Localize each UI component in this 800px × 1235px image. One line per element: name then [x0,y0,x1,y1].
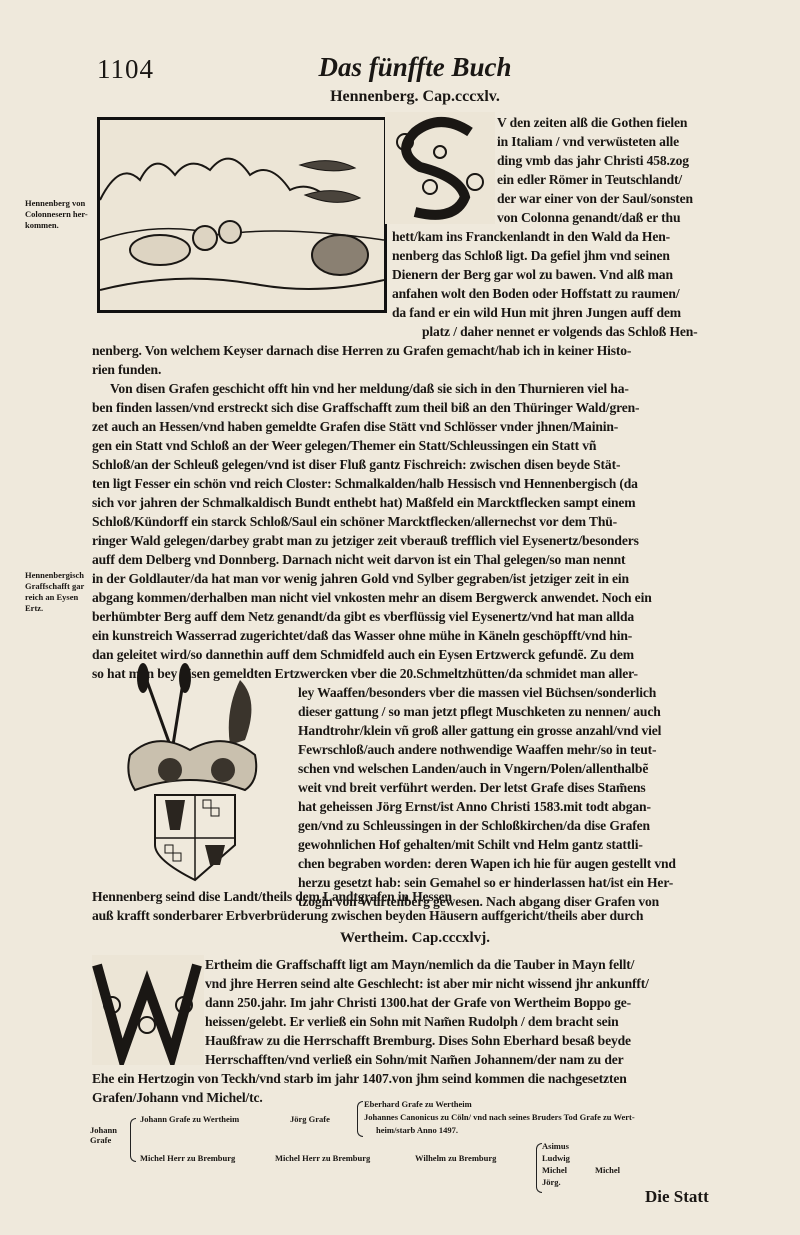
text-line: Hennenberg seind dise Landt/theils dem L… [92,887,452,906]
catchword: Die Statt [645,1187,709,1207]
text-line: ringer Wald gelegen/darbey grabt man zu … [92,531,639,550]
brace-icon [130,1118,136,1162]
text-line: vnd jhre Herren seind alte Geschlecht: i… [205,974,649,993]
text-line: gen ein Statt vnd Schloß an der Weer gel… [92,436,596,455]
text-line: dann 250.jahr. Im jahr Christi 1300.hat … [205,993,631,1012]
chapter-title-hennenberg: Hennenberg. Cap.cccxlv. [300,88,530,106]
dogs-and-birds-icon [100,120,384,310]
genealogy-grandson: Michel [595,1165,620,1175]
decorated-initial-letter-w [92,955,204,1065]
margin-note-iron-ore: Hennenbergisch Graffschafft gar reich an… [25,570,93,614]
coat-of-arms-hennenberg [125,660,260,885]
text-line: V den zeiten alß die Gothen fielen [497,113,687,132]
text-line: gewohnlichen Hof gehalten/mit Schilt vnd… [298,835,643,854]
text-line: in der Goldlauter/da hat man vor wenig j… [92,569,629,588]
woodcut-illustration-hunting-scene [97,117,387,313]
text-line: Schloß/Kündorff ein starck Schloß/Saul e… [92,512,617,531]
text-line: platz / daher nennet er volgends das Sch… [422,322,698,341]
text-line: auß krafft sonderbarer Erbverbrüderung z… [92,906,643,925]
book-page: 1104 Das fünffte Buch Hennenberg. Cap.cc… [0,0,800,1235]
text-line: ten ligt Fesser ein schön vnd reich Clos… [92,474,638,493]
text-line: sich vor jahren der Schmalkaldisch Bundt… [92,493,635,512]
text-line: berhümbter Berg auff dem Netz genandt/da… [92,607,634,626]
genealogy-child: Johann Grafe zu Wertheim [140,1114,239,1124]
book-title: Das fünffte Buch [300,52,530,83]
text-line: ein edler Römer in Teutschlandt/ [497,170,682,189]
text-line: rien funden. [92,360,161,379]
text-line: da fand er ein wild Hun mit jhren Jungen… [392,303,681,322]
text-line: Handtrohr/klein vñ groß aller gattung ei… [298,721,661,740]
brace-icon [357,1101,363,1137]
text-line: abgang kommen/derhalben man nicht viel v… [92,588,652,607]
text-line: Dienern der Berg gar wol zu bawen. Vnd a… [392,265,673,284]
text-line: hett/kam ins Franckenlandt in den Wald d… [392,227,670,246]
margin-note-origin: Hennenberg von Colonnesern her- kommen. [25,198,95,231]
text-line: nenberg das Schloß ligt. Da gefiel jhm v… [392,246,670,265]
text-line: weit vnd breit verführt werden. Der lets… [298,778,646,797]
text-line: Herrschafften/vnd verließ ein Sohn/mit N… [205,1050,624,1069]
text-line: ley Waaffen/besonders vber die massen vi… [298,683,656,702]
text-line: Ehe ein Hertzogin von Teckh/vnd starb im… [92,1069,627,1088]
text-line: hat geheissen Jörg Ernst/ist Anno Christ… [298,797,651,816]
ornamental-initial-icon [385,112,495,224]
genealogy-root: Johann Grafe [90,1125,130,1145]
text-line: der war einer von der Saul/sonsten [497,189,693,208]
chapter-title-wertheim: Wertheim. Cap.cccxlvj. [300,930,530,947]
genealogy-great: Eberhard Grafe zu Wertheim [364,1099,472,1109]
genealogy-great: heim/starb Anno 1497. [376,1125,458,1135]
genealogy-son: Jörg. [542,1177,561,1187]
text-line: anfahen wolt den Boden oder Hoffstatt zu… [392,284,679,303]
genealogy-grandchild: Jörg Grafe [290,1114,330,1124]
text-line: ein kunstreich Wasserrad zugerichtet/daß… [92,626,632,645]
ornamental-initial-icon [92,955,204,1065]
text-line: chen begraben worden: deren Wapen ich hi… [298,854,676,873]
text-line: Schloß/an der Schleuß gelegen/vnd ist di… [92,455,620,474]
text-line: Haußfraw zu die Herrschafft Bremburg. Di… [205,1031,631,1050]
text-line: ben finden lassen/vnd erstreckt sich dis… [92,398,639,417]
decorated-initial-letter [385,112,495,224]
text-line: Fewrschloß/auch andere nothwendige Waaff… [298,740,656,759]
text-line: dieser gattung / so man jetzt pflegt Mus… [298,702,661,721]
genealogy-grandchild: Michel Herr zu Bremburg [275,1153,370,1163]
text-line: nenberg. Von welchem Keyser darnach dise… [92,341,631,360]
genealogy-great: Johannes Canonicus zu Cöln/ vnd nach sei… [364,1112,635,1122]
text-line: Grafen/Johann vnd Michel/tc. [92,1088,263,1107]
text-line: gen/vnd zu Schleussingen in der Schloßki… [298,816,650,835]
text-line: ding vmb das jahr Christi 458.zog [497,151,689,170]
genealogy-son: Michel [542,1165,567,1175]
text-line: zet auch an Hessen/vnd haben gemeldte Gr… [92,417,618,436]
text-line: auff dem Delberg vnd Donnberg. Darnach n… [92,550,625,569]
text-line: Ertheim die Graffschafft ligt am Mayn/ne… [205,955,634,974]
text-line: von Colonna genandt/daß er thu [497,208,680,227]
genealogy-son: Asimus [542,1141,569,1151]
genealogy-son: Ludwig [542,1153,570,1163]
page-number: 1104 [97,54,154,85]
genealogy-great: Wilhelm zu Bremburg [415,1153,496,1163]
text-line: in Italiam / vnd verwüsteten alle [497,132,679,151]
text-line: heissen/gelebt. Er verließ ein Sohn mit … [205,1012,619,1031]
heraldic-shield-icon [125,660,260,885]
text-line: schen vnd welschen Landen/auch in Vngern… [298,759,648,778]
genealogy-child: Michel Herr zu Bremburg [140,1153,235,1163]
text-line: Von disen Grafen geschicht offt hin vnd … [110,379,629,398]
